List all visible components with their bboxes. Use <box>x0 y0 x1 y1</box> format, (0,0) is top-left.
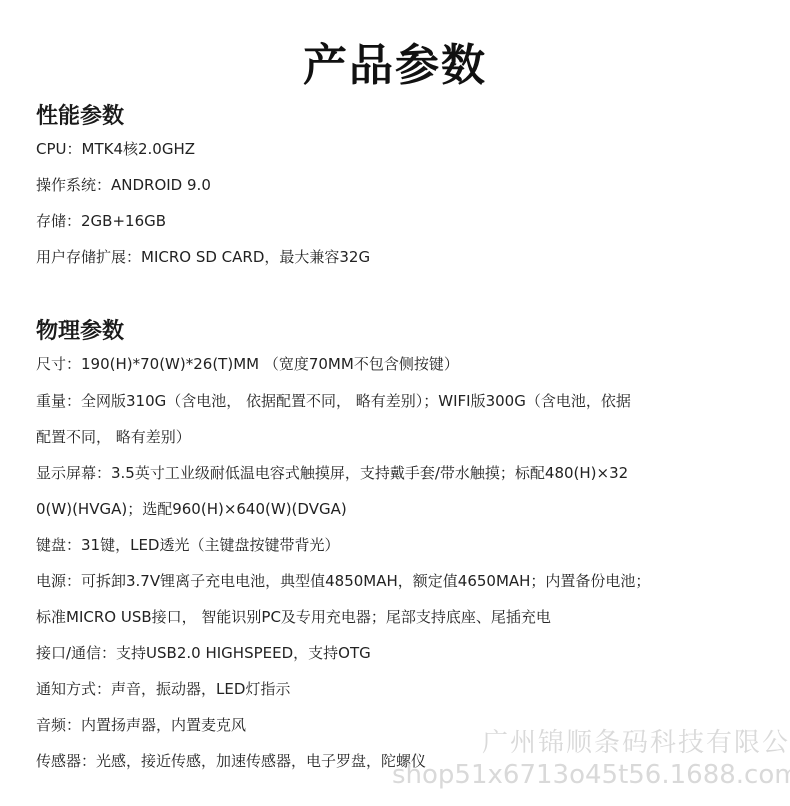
spec-audio: 音频：内置扬声器，内置麦克风 <box>36 714 246 736</box>
spec-storage: 存储：2GB+16GB <box>36 210 166 232</box>
spec-notification: 通知方式：声音，振动器，LED灯指示 <box>36 678 290 700</box>
spec-display-cont: 0(W)(HVGA)；选配960(H)×640(W)(DVGA) <box>36 498 347 520</box>
spec-power: 电源：可拆卸3.7V锂离子充电电池，典型值4850MAH，额定值4650MAH；… <box>36 570 650 592</box>
watermark-company: 广州锦顺条码科技有限公司 <box>482 722 790 759</box>
section-heading-physical: 物理参数 <box>36 317 124 347</box>
watermark-url: shop51x6713o45t56.1688.com <box>392 760 790 790</box>
spec-weight: 重量：全网版310G（含电池， 依据配置不同， 略有差别）；WIFI版300G（… <box>36 390 631 412</box>
spec-interface: 接口/通信：支持USB2.0 HIGHSPEED，支持OTG <box>36 642 371 664</box>
spec-cpu: CPU：MTK4核2.0GHZ <box>36 138 195 160</box>
spec-os: 操作系统：ANDROID 9.0 <box>36 174 211 196</box>
spec-display: 显示屏幕：3.5英寸工业级耐低温电容式触摸屏，支持戴手套/带水触摸；标配480(… <box>36 462 628 484</box>
spec-sensors: 传感器：光感，接近传感，加速传感器，电子罗盘，陀螺仪 <box>36 750 426 772</box>
page-title: 产品参数 <box>0 38 790 94</box>
spec-dimensions: 尺寸：190(H)*70(W)*26(T)MM （宽度70MM不包含侧按键） <box>36 353 459 375</box>
spec-keyboard: 键盘：31键，LED透光（主键盘按键带背光） <box>36 534 339 556</box>
spec-storage-expansion: 用户存储扩展：MICRO SD CARD，最大兼容32G <box>36 246 370 268</box>
spec-weight-cont: 配置不同， 略有差别） <box>36 426 191 448</box>
spec-power-cont: 标准MICRO USB接口， 智能识别PC及专用充电器；尾部支持底座、尾插充电 <box>36 606 551 628</box>
section-heading-performance: 性能参数 <box>36 102 124 132</box>
